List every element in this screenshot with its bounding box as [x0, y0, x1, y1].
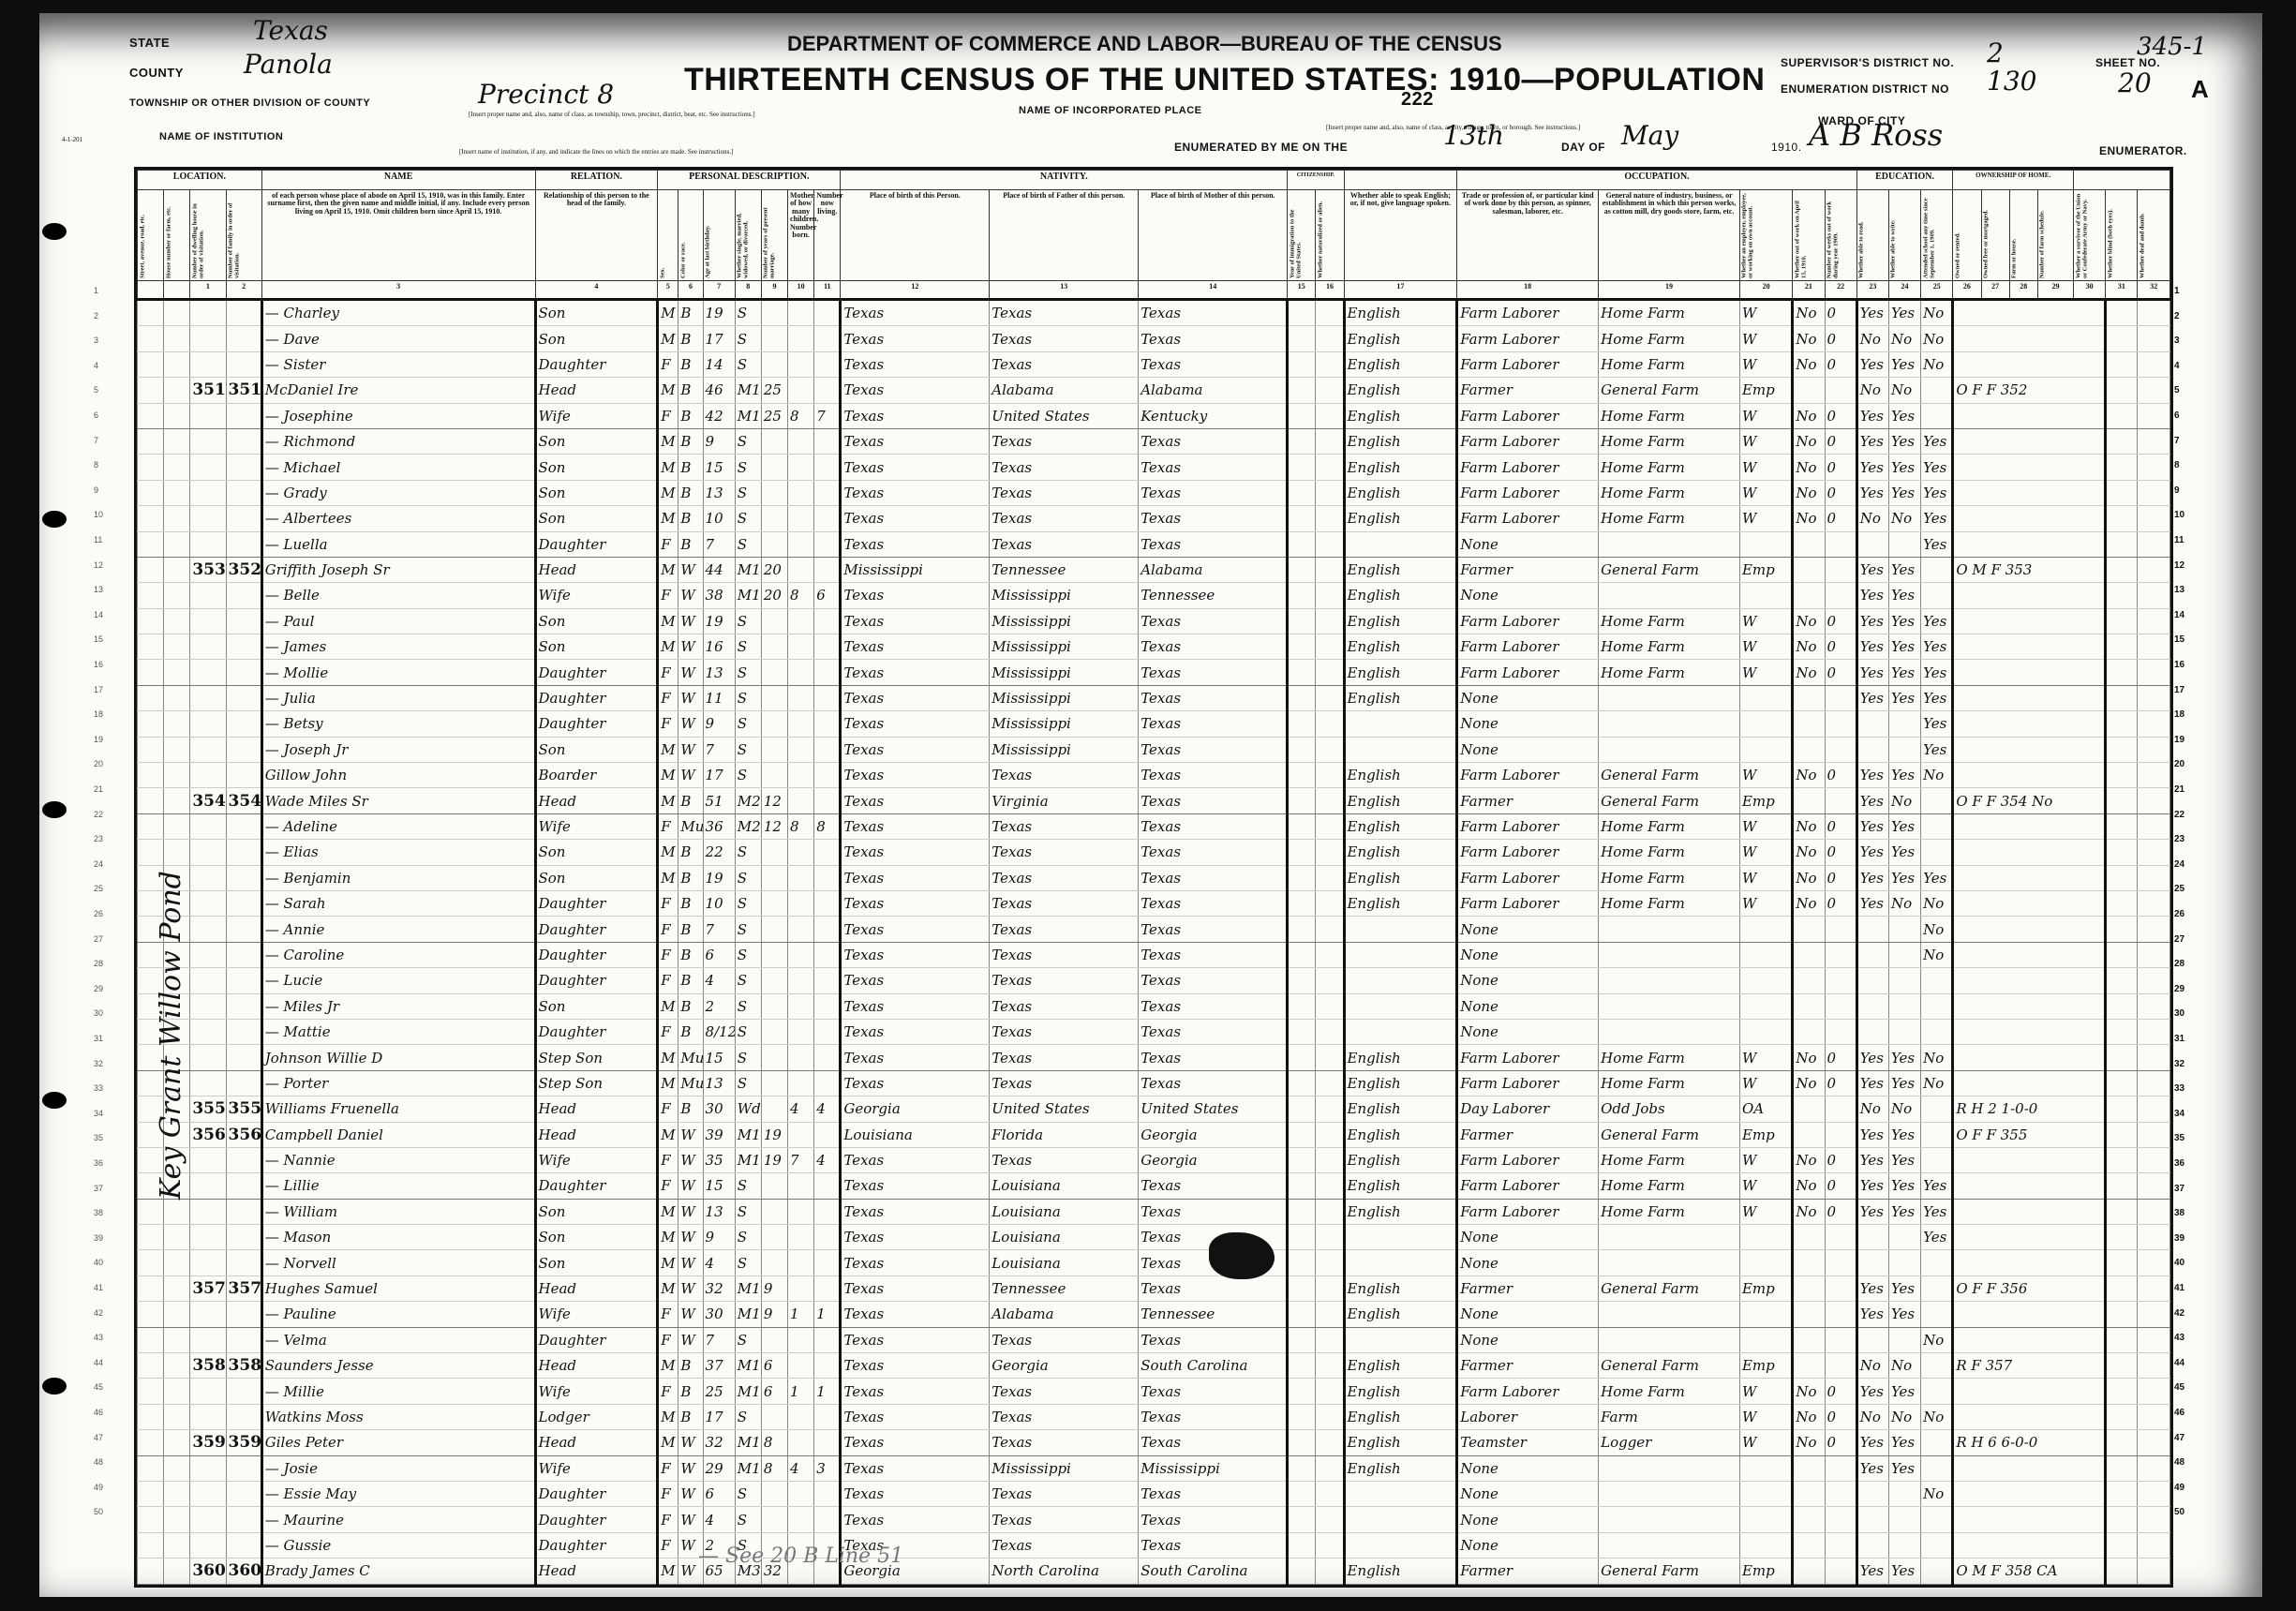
can-write: Yes — [1888, 840, 1920, 865]
employment-class: W — [1739, 1173, 1792, 1199]
home-ownership — [1953, 1225, 2106, 1250]
children-living — [814, 506, 841, 531]
children-living — [814, 865, 841, 890]
line-number: 35 — [2174, 1133, 2184, 1143]
can-read: Yes — [1856, 351, 1888, 377]
empty-cell — [1316, 1096, 1344, 1122]
marital-status: M1 — [735, 403, 761, 428]
father-birthplace: Louisiana — [990, 1199, 1139, 1224]
dwelling-number — [190, 531, 226, 557]
out-of-work: No — [1793, 1173, 1825, 1199]
employment-class — [1739, 711, 1792, 737]
mother-birthplace: United States — [1139, 1096, 1288, 1122]
home-ownership: R F 357 — [1953, 1353, 2106, 1379]
column-header: Owned or rented. — [1953, 190, 1981, 281]
attended-school — [1921, 403, 1953, 428]
empty-cell — [1316, 583, 1344, 608]
birthplace: Texas — [841, 403, 990, 428]
employment-class: Emp — [1739, 1122, 1792, 1147]
years-married — [761, 968, 787, 993]
line-number: 14 — [94, 610, 103, 619]
children-born — [788, 685, 814, 710]
line-number: 20 — [94, 759, 103, 768]
sex: M — [658, 763, 678, 788]
empty-cell — [1288, 993, 1316, 1019]
marital-status: S — [735, 531, 761, 557]
person-name: — Nannie — [261, 1147, 535, 1172]
empty-cell — [2138, 583, 2170, 608]
line-number: 49 — [94, 1483, 103, 1492]
supervisor-district-value: 2 — [1987, 37, 2004, 68]
sex: M — [658, 737, 678, 762]
line-number: 24 — [2174, 859, 2184, 870]
empty-cell — [138, 1481, 164, 1506]
empty-cell — [2106, 660, 2138, 685]
home-ownership — [1953, 300, 2106, 326]
children-living — [814, 1225, 841, 1250]
out-of-work — [1793, 993, 1825, 1019]
home-ownership — [1953, 1173, 2106, 1199]
empty-cell — [138, 1404, 164, 1429]
family-number — [226, 480, 261, 505]
empty-cell — [2138, 634, 2170, 660]
column-number: 27 — [1981, 281, 2009, 300]
can-read: No — [1856, 1096, 1888, 1122]
column-header: Whether blind (both eyes). — [2106, 190, 2138, 281]
industry — [1599, 1250, 1740, 1275]
family-number — [226, 737, 261, 762]
dwelling-number — [190, 1045, 226, 1070]
father-birthplace: Texas — [990, 968, 1139, 993]
industry: Home Farm — [1599, 403, 1740, 428]
out-of-work: No — [1793, 865, 1825, 890]
relation: Head — [535, 788, 658, 813]
marital-status: S — [735, 1404, 761, 1429]
family-number — [226, 660, 261, 685]
children-born — [788, 608, 814, 634]
marital-status: S — [735, 993, 761, 1019]
empty-cell — [2106, 1559, 2138, 1584]
industry: Farm — [1599, 1404, 1740, 1429]
father-birthplace: Virginia — [990, 788, 1139, 813]
relation: Son — [535, 1199, 658, 1224]
age: 11 — [703, 685, 735, 710]
empty-cell — [1316, 763, 1344, 788]
family-number — [226, 840, 261, 865]
marital-status: S — [735, 300, 761, 326]
empty-cell — [2106, 1199, 2138, 1224]
relation: Daughter — [535, 351, 658, 377]
home-ownership — [1953, 506, 2106, 531]
out-of-work: No — [1793, 840, 1825, 865]
language: English — [1344, 1353, 1457, 1379]
birthplace: Texas — [841, 813, 990, 839]
father-birthplace: Texas — [990, 1070, 1139, 1096]
empty-cell — [2106, 378, 2138, 403]
children-living: 3 — [814, 1455, 841, 1481]
sheet-side: A — [2191, 75, 2209, 104]
sex: M — [658, 1250, 678, 1275]
children-born — [788, 1019, 814, 1044]
can-read — [1856, 968, 1888, 993]
empty-cell — [164, 480, 190, 505]
table-row: 358358Saunders JesseHeadMB37M16TexasGeor… — [138, 1353, 2170, 1379]
employment-class: W — [1739, 660, 1792, 685]
years-married — [761, 1070, 787, 1096]
empty-cell — [1316, 351, 1344, 377]
children-living — [814, 993, 841, 1019]
attended-school — [1921, 1559, 1953, 1584]
home-ownership — [1953, 1147, 2106, 1172]
sex: F — [658, 968, 678, 993]
line-number: 47 — [2174, 1433, 2184, 1443]
line-number: 33 — [2174, 1083, 2184, 1094]
dwelling-number — [190, 583, 226, 608]
can-read: Yes — [1856, 403, 1888, 428]
empty-cell — [1316, 1430, 1344, 1455]
line-number: 8 — [94, 460, 98, 470]
home-ownership — [1953, 634, 2106, 660]
sex: M — [658, 993, 678, 1019]
age: 19 — [703, 300, 735, 326]
language: English — [1344, 1559, 1457, 1584]
weeks-unemployed — [1825, 1481, 1856, 1506]
line-number: 3 — [94, 336, 98, 345]
relation: Wife — [535, 813, 658, 839]
empty-cell — [2106, 326, 2138, 351]
out-of-work — [1793, 1122, 1825, 1147]
out-of-work — [1793, 531, 1825, 557]
attended-school — [1921, 1275, 1953, 1301]
home-ownership — [1953, 1199, 2106, 1224]
dwelling-number — [190, 763, 226, 788]
marital-status: S — [735, 351, 761, 377]
race: W — [678, 557, 703, 582]
group-name: NAME — [261, 171, 535, 190]
out-of-work — [1793, 1455, 1825, 1481]
trade: Farm Laborer — [1457, 1147, 1599, 1172]
empty-cell — [1316, 1225, 1344, 1250]
table-row: 353352Griffith Joseph SrHeadMW44M120Miss… — [138, 557, 2170, 582]
empty-cell — [1288, 660, 1316, 685]
empty-cell — [2106, 351, 2138, 377]
age: 30 — [703, 1302, 735, 1327]
can-write: Yes — [1888, 557, 1920, 582]
industry: General Farm — [1599, 1559, 1740, 1584]
trade: None — [1457, 1250, 1599, 1275]
children-born — [788, 506, 814, 531]
home-ownership — [1953, 1481, 2106, 1506]
language — [1344, 1481, 1457, 1506]
can-write: No — [1888, 326, 1920, 351]
age: 38 — [703, 583, 735, 608]
empty-cell — [164, 1327, 190, 1352]
empty-cell — [164, 813, 190, 839]
can-write: Yes — [1888, 1147, 1920, 1172]
industry: Home Farm — [1599, 1045, 1740, 1070]
empty-cell — [138, 813, 164, 839]
line-number: 7 — [2174, 436, 2180, 446]
home-ownership: O F F 352 — [1953, 378, 2106, 403]
home-ownership — [1953, 1532, 2106, 1558]
out-of-work: No — [1793, 480, 1825, 505]
line-number: 22 — [94, 810, 103, 819]
race: W — [678, 1173, 703, 1199]
table-row: — EliasSonMB22STexasTexasTexasEnglishFar… — [138, 840, 2170, 865]
empty-cell — [1316, 403, 1344, 428]
out-of-work: No — [1793, 300, 1825, 326]
empty-cell — [138, 531, 164, 557]
empty-cell — [2138, 1559, 2170, 1584]
can-read: Yes — [1856, 557, 1888, 582]
can-read — [1856, 1327, 1888, 1352]
family-number — [226, 1173, 261, 1199]
sex: M — [658, 608, 678, 634]
home-ownership — [1953, 763, 2106, 788]
employment-class — [1739, 1225, 1792, 1250]
empty-cell — [1316, 865, 1344, 890]
race: W — [678, 634, 703, 660]
person-name: Brady James C — [261, 1559, 535, 1584]
form-code: 4-1-201 — [62, 136, 82, 143]
empty-cell — [2106, 480, 2138, 505]
trade: Farm Laborer — [1457, 660, 1599, 685]
weeks-unemployed: 0 — [1825, 506, 1856, 531]
trade: Farmer — [1457, 1275, 1599, 1301]
employment-class: W — [1739, 351, 1792, 377]
birthplace: Georgia — [841, 1096, 990, 1122]
birthplace: Texas — [841, 608, 990, 634]
empty-cell — [138, 1532, 164, 1558]
weeks-unemployed — [1825, 1532, 1856, 1558]
mother-birthplace: Texas — [1139, 1327, 1288, 1352]
empty-cell — [1316, 608, 1344, 634]
line-number: 48 — [2174, 1457, 2184, 1468]
table-row: 360360Brady James CHeadMW65M332GeorgiaNo… — [138, 1559, 2170, 1584]
language — [1344, 1250, 1457, 1275]
father-birthplace: Texas — [990, 942, 1139, 967]
sex: M — [658, 506, 678, 531]
children-born — [788, 1173, 814, 1199]
trade: Farmer — [1457, 1122, 1599, 1147]
race: W — [678, 1275, 703, 1301]
empty-cell — [1288, 1455, 1316, 1481]
can-write — [1888, 737, 1920, 762]
empty-cell — [138, 711, 164, 737]
sex: M — [658, 1199, 678, 1224]
person-name: Williams Fruenella — [261, 1096, 535, 1122]
attended-school: No — [1921, 1070, 1953, 1096]
birthplace: Texas — [841, 1379, 990, 1404]
family-number — [226, 1455, 261, 1481]
person-name: — Velma — [261, 1327, 535, 1352]
dwelling-number — [190, 711, 226, 737]
sheet-number-value: 20 — [2118, 67, 2152, 98]
column-number: 30 — [2074, 281, 2106, 300]
age: 17 — [703, 1404, 735, 1429]
birthplace: Texas — [841, 942, 990, 967]
column-number: 3 — [261, 281, 535, 300]
person-name: Johnson Willie D — [261, 1045, 535, 1070]
relation: Daughter — [535, 1019, 658, 1044]
industry — [1599, 917, 1740, 942]
can-read: No — [1856, 506, 1888, 531]
sex: F — [658, 403, 678, 428]
empty-cell — [2138, 455, 2170, 480]
children-born — [788, 1430, 814, 1455]
years-married — [761, 763, 787, 788]
table-row: 351351McDaniel IreHeadMB46M125TexasAlaba… — [138, 378, 2170, 403]
employment-class — [1739, 1532, 1792, 1558]
empty-cell — [2138, 378, 2170, 403]
column-number: 31 — [2106, 281, 2138, 300]
enumerated-day: 13th — [1443, 120, 1504, 151]
person-name: — Josie — [261, 1455, 535, 1481]
line-number: 48 — [94, 1457, 103, 1467]
race: W — [678, 737, 703, 762]
empty-cell — [1316, 1559, 1344, 1584]
empty-cell — [2106, 1275, 2138, 1301]
children-born — [788, 840, 814, 865]
empty-cell — [1288, 506, 1316, 531]
enumerated-month: May — [1621, 120, 1678, 151]
family-number: 355 — [226, 1096, 261, 1122]
father-birthplace: Texas — [990, 506, 1139, 531]
column-number: 8 — [735, 281, 761, 300]
years-married — [761, 993, 787, 1019]
line-number: 41 — [2174, 1283, 2184, 1293]
empty-cell — [164, 1481, 190, 1506]
race: B — [678, 1019, 703, 1044]
relation: Wife — [535, 1379, 658, 1404]
sex: F — [658, 351, 678, 377]
age: 19 — [703, 608, 735, 634]
empty-cell — [2106, 1147, 2138, 1172]
empty-cell — [2138, 813, 2170, 839]
race: W — [678, 1122, 703, 1147]
family-number — [226, 1199, 261, 1224]
column-header: Trade or profession of, or particular ki… — [1457, 190, 1599, 281]
trade: Farm Laborer — [1457, 1173, 1599, 1199]
relation: Son — [535, 480, 658, 505]
empty-cell — [164, 1507, 190, 1532]
sex: F — [658, 1096, 678, 1122]
empty-cell — [2138, 840, 2170, 865]
birthplace: Texas — [841, 455, 990, 480]
can-read — [1856, 1481, 1888, 1506]
sex: M — [658, 455, 678, 480]
language: English — [1344, 660, 1457, 685]
sex: M — [658, 1122, 678, 1147]
empty-cell — [2138, 737, 2170, 762]
children-born: 4 — [788, 1096, 814, 1122]
attended-school: No — [1921, 326, 1953, 351]
out-of-work: No — [1793, 813, 1825, 839]
table-row: — GradySonMB13STexasTexasTexasEnglishFar… — [138, 480, 2170, 505]
race: B — [678, 917, 703, 942]
weeks-unemployed — [1825, 1250, 1856, 1275]
can-read: Yes — [1856, 634, 1888, 660]
father-birthplace: Texas — [990, 531, 1139, 557]
age: 44 — [703, 557, 735, 582]
industry — [1599, 685, 1740, 710]
line-number: 49 — [2174, 1483, 2184, 1493]
family-number: 352 — [226, 557, 261, 582]
empty-cell — [138, 583, 164, 608]
empty-cell — [1316, 1173, 1344, 1199]
mother-birthplace: Texas — [1139, 351, 1288, 377]
group-personal: PERSONAL DESCRIPTION. — [658, 171, 841, 190]
age: 10 — [703, 890, 735, 916]
children-born — [788, 1481, 814, 1506]
empty-cell — [2138, 1250, 2170, 1275]
employment-class: W — [1739, 608, 1792, 634]
column-number: 32 — [2138, 281, 2170, 300]
person-name: — Lillie — [261, 1173, 535, 1199]
mother-birthplace: Texas — [1139, 813, 1288, 839]
father-birthplace: Texas — [990, 813, 1139, 839]
person-name: — Luella — [261, 531, 535, 557]
sex: F — [658, 711, 678, 737]
birthplace: Texas — [841, 685, 990, 710]
empty-cell — [2106, 1379, 2138, 1404]
sex: M — [658, 428, 678, 454]
sex: F — [658, 1302, 678, 1327]
line-number: 14 — [2174, 610, 2184, 620]
trade: Farm Laborer — [1457, 1070, 1599, 1096]
line-number: 50 — [2174, 1507, 2184, 1517]
line-number: 26 — [94, 909, 103, 918]
line-number: 7 — [94, 436, 98, 445]
dwelling-number — [190, 1199, 226, 1224]
mother-birthplace: Texas — [1139, 1507, 1288, 1532]
relation: Daughter — [535, 711, 658, 737]
empty-cell — [1288, 1173, 1316, 1199]
years-married — [761, 1225, 787, 1250]
dwelling-number — [190, 428, 226, 454]
empty-cell — [2138, 351, 2170, 377]
state-value: Texas — [253, 15, 328, 46]
industry — [1599, 1225, 1740, 1250]
language — [1344, 737, 1457, 762]
language: English — [1344, 1147, 1457, 1172]
children-born — [788, 890, 814, 916]
relation: Son — [535, 865, 658, 890]
language: English — [1344, 428, 1457, 454]
relation: Lodger — [535, 1404, 658, 1429]
home-ownership — [1953, 711, 2106, 737]
relation: Boarder — [535, 763, 658, 788]
empty-cell — [2106, 1455, 2138, 1481]
dwelling-number — [190, 890, 226, 916]
age: 8/12 — [703, 1019, 735, 1044]
relation: Daughter — [535, 890, 658, 916]
employment-class — [1739, 1481, 1792, 1506]
sex: M — [658, 1045, 678, 1070]
can-write: No — [1888, 1404, 1920, 1429]
person-name: Gillow John — [261, 763, 535, 788]
attended-school: No — [1921, 300, 1953, 326]
employment-class — [1739, 1250, 1792, 1275]
employment-class: W — [1739, 890, 1792, 916]
marital-status: M2 — [735, 813, 761, 839]
birthplace: Texas — [841, 1430, 990, 1455]
years-married: 12 — [761, 788, 787, 813]
column-number: 14 — [1139, 281, 1288, 300]
empty-cell — [164, 455, 190, 480]
father-birthplace: Mississippi — [990, 660, 1139, 685]
table-row: — MasonSonMW9STexasLouisianaTexasNoneYes — [138, 1225, 2170, 1250]
